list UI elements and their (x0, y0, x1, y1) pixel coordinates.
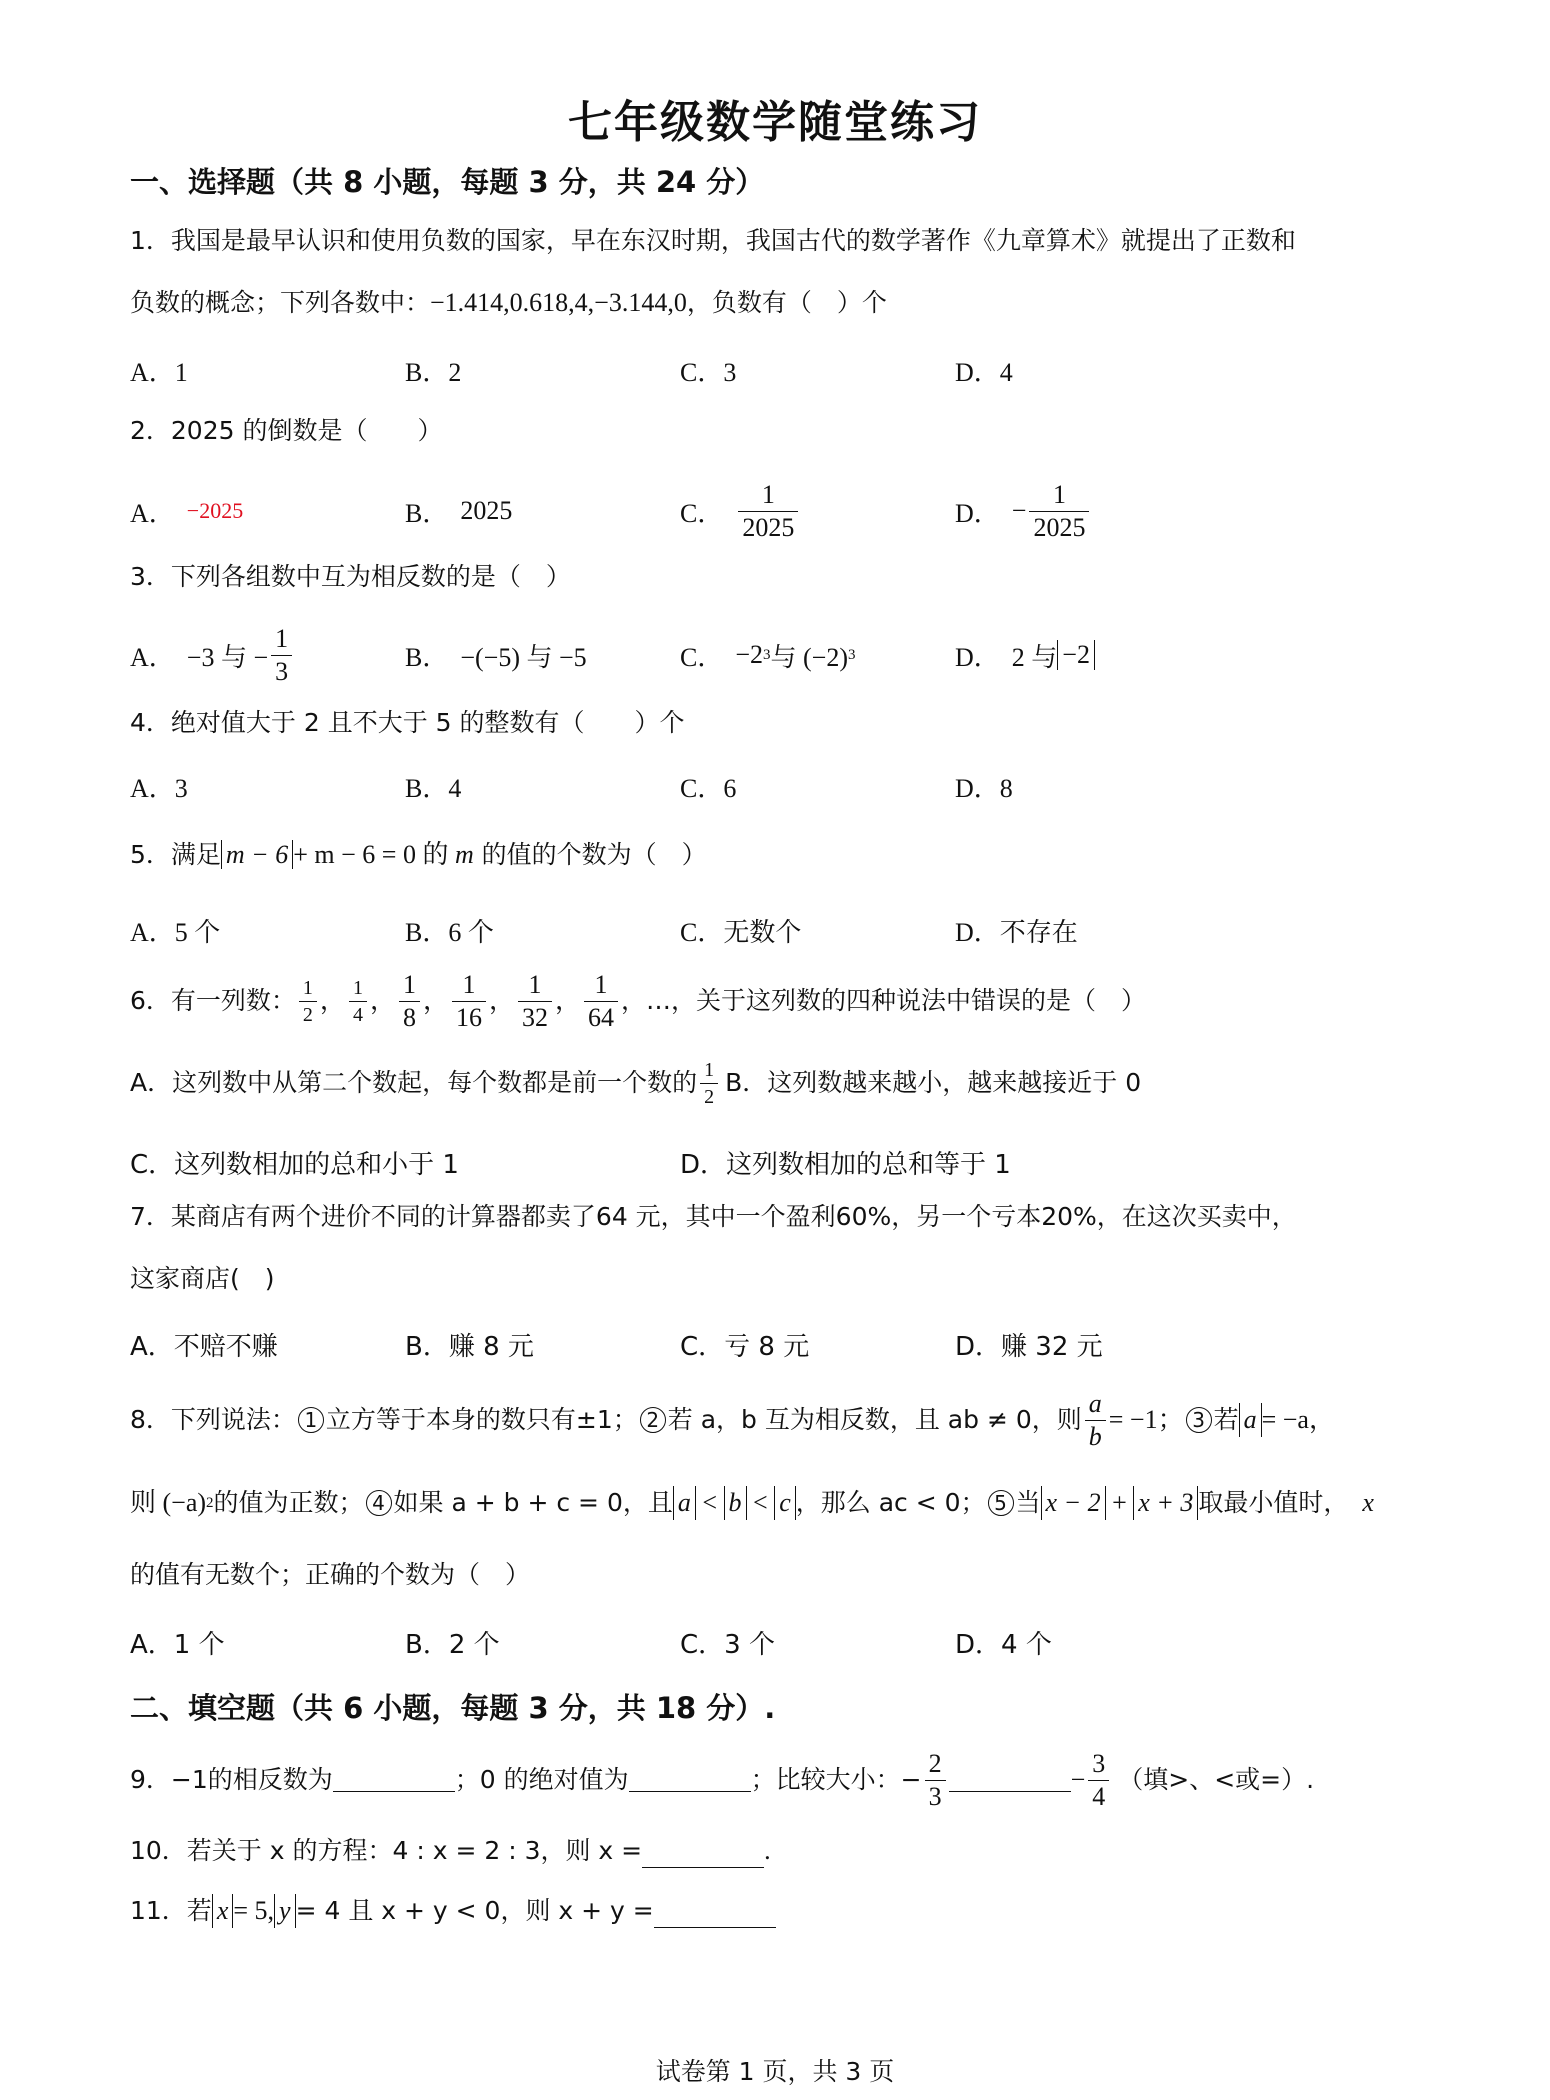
q5-options: A．5 个 B．6 个 C．无数个 D．不存在 (130, 900, 1330, 960)
q4-stem: 4．绝对值大于 2 且不大于 5 的整数有（ ）个 (130, 706, 685, 740)
q7-option-d[interactable]: D．赚 32 元 (955, 1314, 1103, 1374)
q5-option-b[interactable]: B．6 个 (405, 900, 494, 960)
q11-answer-blank[interactable] (654, 1904, 776, 1928)
circled-number-3: 3 (1186, 1407, 1212, 1433)
fraction: 116 (452, 972, 486, 1031)
absolute-value: b (724, 1486, 747, 1520)
fraction: 13 (271, 626, 292, 685)
circled-number-2: 2 (640, 1407, 666, 1433)
absolute-value: x (212, 1894, 234, 1928)
q3-option-a[interactable]: A． −3 与 − 13 (130, 620, 295, 690)
q5-option-a[interactable]: A．5 个 (130, 900, 220, 960)
q8-line3: 的值有无数个；正确的个数为（ ） (130, 1558, 530, 1592)
q8-option-a[interactable]: A．1 个 (130, 1612, 225, 1672)
absolute-value: −2 (1057, 640, 1095, 670)
q4-options: A．3 B．4 C．6 D．8 (130, 756, 1330, 816)
fraction: 132 (518, 972, 552, 1031)
q7-line1: 7．某商店有两个进价不同的计算器都卖了64 元，其中一个盈利60%，另一个亏本2… (130, 1200, 1297, 1234)
fraction: 12025 (1029, 482, 1089, 541)
q8-option-b[interactable]: B．2 个 (405, 1612, 500, 1672)
absolute-value: y (274, 1894, 296, 1928)
page-title: 七年级数学随堂练习 (0, 86, 1550, 150)
q5-stem: 5．满足m − 6+ m − 6 = 0 的 m 的值的个数为（ ） (130, 838, 707, 872)
q2-options: A． −2025 B． 2025 C． 12025 D． − 12025 (130, 476, 1330, 546)
circled-number-4: 4 (366, 1490, 392, 1516)
q4-option-a[interactable]: A．3 (130, 756, 188, 816)
fraction: 12 (700, 1060, 718, 1107)
q1-options: A．1 B．2 C．3 D．4 (130, 340, 1330, 400)
circled-number-5: 5 (988, 1490, 1014, 1516)
q6-option-c[interactable]: C．这列数相加的总和小于 1 (130, 1132, 459, 1192)
q8-option-d[interactable]: D．4 个 (955, 1612, 1052, 1672)
q3-stem: 3．下列各组数中互为相反数的是（ ） (130, 560, 571, 594)
q3-option-c[interactable]: C． −23 与 (−2)3 (680, 620, 856, 690)
q5-option-d[interactable]: D．不存在 (955, 900, 1078, 960)
q6-stem: 6．有一列数： 12， 14， 18， 116， 132， 164 ，…，关于这… (130, 966, 1146, 1036)
fraction: ab (1085, 1391, 1106, 1450)
fraction: 14 (349, 978, 367, 1025)
fraction: 12025 (738, 482, 798, 541)
q7-option-b[interactable]: B．赚 8 元 (405, 1314, 534, 1374)
q1-line1: 1．我国是最早认识和使用负数的国家，早在东汉时期，我国古代的数学著作《九章算术》… (130, 224, 1296, 258)
q4-option-d[interactable]: D．8 (955, 756, 1013, 816)
q8-line1: 8．下列说法： 1 立方等于本身的数只有±1； 2 若 a，b 互为相反数，且 … (130, 1384, 1335, 1456)
q6-option-a[interactable]: A．这列数中从第二个数起，每个数都是前一个数的 12 (130, 1060, 721, 1107)
q9-answer-blank-1[interactable] (333, 1768, 455, 1792)
q1-option-c[interactable]: C．3 (680, 340, 736, 400)
q9-answer-blank-2[interactable] (629, 1768, 751, 1792)
q2-option-b[interactable]: B． 2025 (405, 476, 512, 546)
fraction: 23 (925, 1751, 946, 1810)
fraction: 34 (1088, 1751, 1109, 1810)
q3-option-d[interactable]: D． 2 与 −2 (955, 620, 1095, 690)
q2-option-a-value: −2025 (187, 498, 243, 524)
q7-line2: 这家商店( ) (130, 1262, 275, 1296)
q1-option-d[interactable]: D．4 (955, 340, 1013, 400)
q4-option-b[interactable]: B．4 (405, 756, 461, 816)
fraction: 18 (399, 972, 420, 1031)
q1-text: 负数的概念；下列各数中： (130, 288, 430, 317)
section-heading-choice: 一、选择题（共 8 小题，每题 3 分，共 24 分） (130, 160, 764, 201)
absolute-value: a (673, 1486, 696, 1520)
absolute-value: x − 2 (1041, 1486, 1106, 1520)
q1-line2: 负数的概念；下列各数中：−1.414,0.618,4,−3.144,0，负数有（… (130, 286, 887, 320)
absolute-value: a (1239, 1403, 1262, 1437)
q7-options: A．不赔不赚 B．赚 8 元 C．亏 8 元 D．赚 32 元 (130, 1314, 1330, 1374)
q3-option-b[interactable]: B． −(−5) 与 −5 (405, 620, 587, 690)
q10-line: 10．若关于 x 的方程：4 : x = 2 : 3，则 x = . (130, 1834, 771, 1868)
page-footer: 试卷第 1 页，共 3 页 (0, 2052, 1550, 2088)
q9-line: 9．−1的相反数为 ；0 的绝对值为 ；比较大小：− 23 − 34 （填>、<… (130, 1744, 1314, 1816)
q1-text-post: ，负数有（ ）个 (687, 288, 887, 317)
q1-option-b[interactable]: B．2 (405, 340, 461, 400)
q2-option-a[interactable]: A． −2025 (130, 476, 243, 546)
q11-line: 11．若 x = 5, y = 4 且 x + y < 0，则 x + y = (130, 1894, 776, 1928)
circled-number-1: 1 (298, 1407, 324, 1433)
q1-numbers: −1.414,0.618,4,−3.144,0 (430, 288, 687, 317)
q2-option-d[interactable]: D． − 12025 (955, 476, 1092, 546)
absolute-value: c (774, 1486, 796, 1520)
fraction: 164 (584, 972, 618, 1031)
q6-options-row1: A．这列数中从第二个数起，每个数都是前一个数的 12 B．这列数越来越小，越来越… (130, 1050, 1141, 1116)
fraction: 12 (299, 978, 317, 1025)
q2-stem: 2．2025 的倒数是（ ） (130, 414, 442, 448)
q8-line2: 则 (−a)2 的值为正数； 4 如果 a + b + c = 0，且 a < … (130, 1478, 1374, 1528)
q5-option-c[interactable]: C．无数个 (680, 900, 801, 960)
section-heading-fill-blank: 二、填空题（共 6 小题，每题 3 分，共 18 分）. (130, 1686, 775, 1727)
q9-answer-blank-3[interactable] (949, 1768, 1071, 1792)
q7-option-a[interactable]: A．不赔不赚 (130, 1314, 278, 1374)
q4-option-c[interactable]: C．6 (680, 756, 736, 816)
q2-option-c[interactable]: C． 12025 (680, 476, 801, 546)
q3-options: A． −3 与 − 13 B． −(−5) 与 −5 C． −23 与 (−2)… (130, 620, 1330, 690)
q6-option-b[interactable]: B．这列数越来越小，越来越接近于 0 (725, 1066, 1141, 1100)
q7-option-c[interactable]: C．亏 8 元 (680, 1314, 809, 1374)
q10-answer-blank[interactable] (642, 1844, 764, 1868)
q6-option-d[interactable]: D．这列数相加的总和等于 1 (680, 1132, 1011, 1192)
q8-options: A．1 个 B．2 个 C．3 个 D．4 个 (130, 1612, 1330, 1672)
absolute-value: x + 3 (1133, 1486, 1198, 1520)
exam-page: 七年级数学随堂练习 一、选择题（共 8 小题，每题 3 分，共 24 分） 1．… (0, 0, 1550, 2100)
q8-option-c[interactable]: C．3 个 (680, 1612, 775, 1672)
absolute-value: m − 6 (221, 840, 293, 869)
q6-options-row2: C．这列数相加的总和小于 1 D．这列数相加的总和等于 1 (130, 1132, 1330, 1192)
q1-option-a[interactable]: A．1 (130, 340, 188, 400)
